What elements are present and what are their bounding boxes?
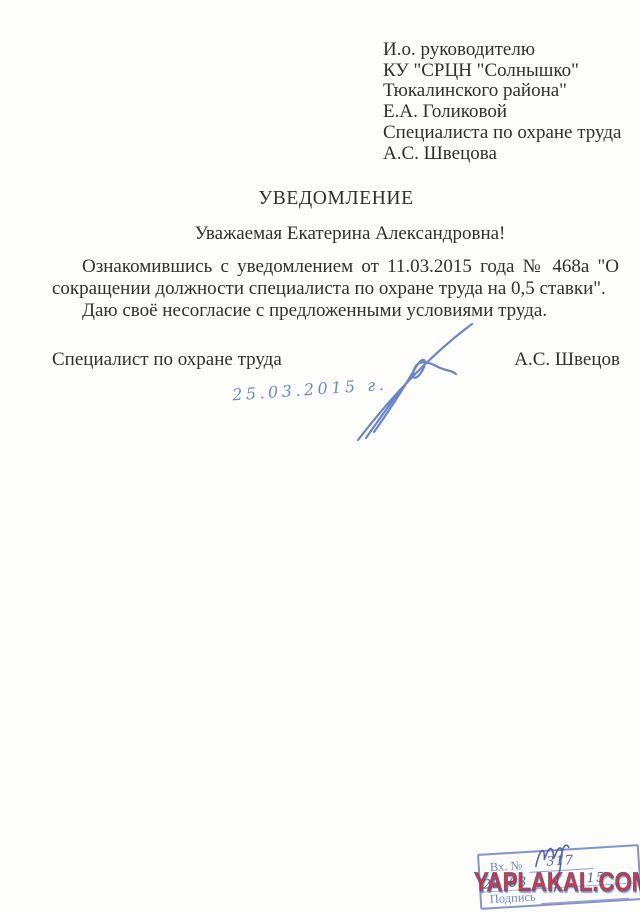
salutation: Уважаемая Екатерина Александровна! — [66, 223, 634, 245]
document-title: УВЕДОМЛЕНИЕ — [52, 188, 620, 210]
watermark-text: YAPLAKAL.COM — [474, 869, 640, 896]
recipient-block: И.о. руководителю КУ "СРЦН "Солнышко" Тю… — [383, 40, 621, 164]
recipient-line: А.С. Швецова — [383, 144, 621, 165]
handwritten-signature — [350, 320, 478, 448]
recipient-line: КУ "СРЦН "Солнышко" — [383, 61, 621, 82]
stamp-signature-line — [541, 898, 629, 904]
signer-position: Специалист по охране труда — [52, 349, 282, 371]
recipient-line: Е.А. Голиковой — [383, 102, 621, 123]
paragraph: Ознакомившись с уведомлением от 11.03.20… — [52, 256, 619, 300]
paragraph: Даю своё несогласие с предложенными усло… — [52, 300, 619, 322]
recipient-line: Специалиста по охране труда — [383, 123, 621, 144]
body-text: Ознакомившись с уведомлением от 11.03.20… — [52, 256, 619, 322]
signer-name: А.С. Швецов — [514, 349, 620, 371]
signature-row: Специалист по охране труда А.С. Швецов — [52, 349, 620, 371]
recipient-line: Тюкалинского района" — [383, 81, 621, 102]
scanned-document-page: И.о. руководителю КУ "СРЦН "Солнышко" Тю… — [0, 0, 640, 913]
recipient-line: И.о. руководителю — [383, 40, 621, 61]
